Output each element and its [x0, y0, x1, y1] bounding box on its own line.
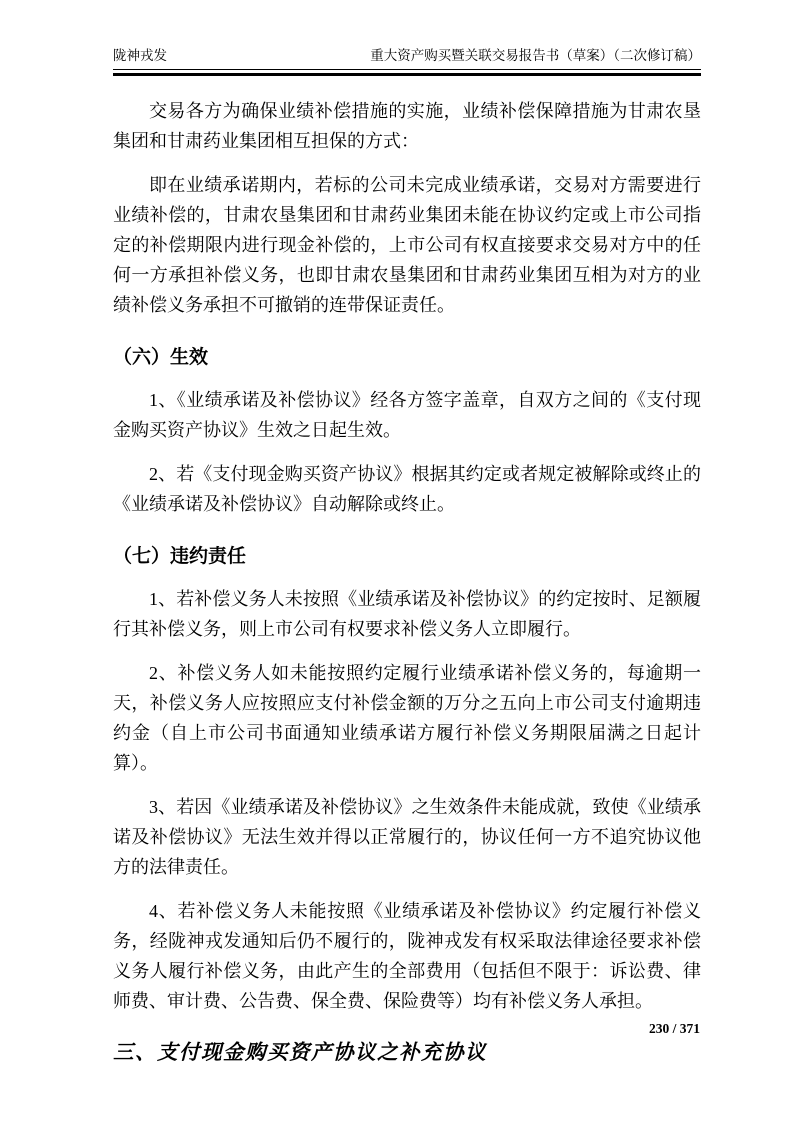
body-paragraph: 2、补偿义务人如未能按照约定履行业绩承诺补偿义务的，每逾期一天，补偿义务人应按照…: [113, 658, 701, 778]
page-header: 陇神戎发 重大资产购买暨关联交易报告书（草案）（二次修订稿）: [113, 46, 701, 76]
body-paragraph: 即在业绩承诺期内，若标的公司未完成业绩承诺，交易对方需要进行业绩补偿的，甘肃农垦…: [113, 170, 701, 320]
body-paragraph: 1、若补偿义务人未按照《业绩承诺及补偿协议》的约定按时、足额履行其补偿义务，则上…: [113, 584, 701, 644]
chapter-heading-3-supplementary-agreement: 三、支付现金购买资产协议之补充协议: [113, 1039, 701, 1067]
page-number: 230 / 371: [649, 1021, 700, 1037]
body-paragraph: 交易各方为确保业绩补偿措施的实施，业绩补偿保障措施为甘肃农垦集团和甘肃药业集团相…: [113, 96, 701, 156]
body-paragraph: 2、若《支付现金购买资产协议》根据其约定或者规定被解除或终止的《业绩承诺及补偿协…: [113, 459, 701, 519]
document-page: 陇神戎发 重大资产购买暨关联交易报告书（草案）（二次修订稿） 交易各方为确保业绩…: [0, 0, 793, 1122]
header-company-name: 陇神戎发: [113, 46, 167, 66]
section-heading-6-effectiveness: （六）生效: [113, 345, 701, 371]
page-header-row: 陇神戎发 重大资产购买暨关联交易报告书（草案）（二次修订稿）: [113, 46, 701, 70]
section-heading-7-breach-liability: （七）违约责任: [113, 544, 701, 570]
document-body: 交易各方为确保业绩补偿措施的实施，业绩补偿保障措施为甘肃农垦集团和甘肃药业集团相…: [113, 82, 701, 1067]
header-document-title: 重大资产购买暨关联交易报告书（草案）（二次修订稿）: [370, 46, 701, 66]
body-paragraph: 1、《业绩承诺及补偿协议》经各方签字盖章，自双方之间的《支付现金购买资产协议》生…: [113, 385, 701, 445]
body-paragraph: 3、若因《业绩承诺及补偿协议》之生效条件未能成就，致使《业绩承诺及补偿协议》无法…: [113, 792, 701, 882]
header-rule: [113, 73, 701, 76]
body-paragraph: 4、若补偿义务人未能按照《业绩承诺及补偿协议》约定履行补偿义务，经陇神戎发通知后…: [113, 896, 701, 1016]
